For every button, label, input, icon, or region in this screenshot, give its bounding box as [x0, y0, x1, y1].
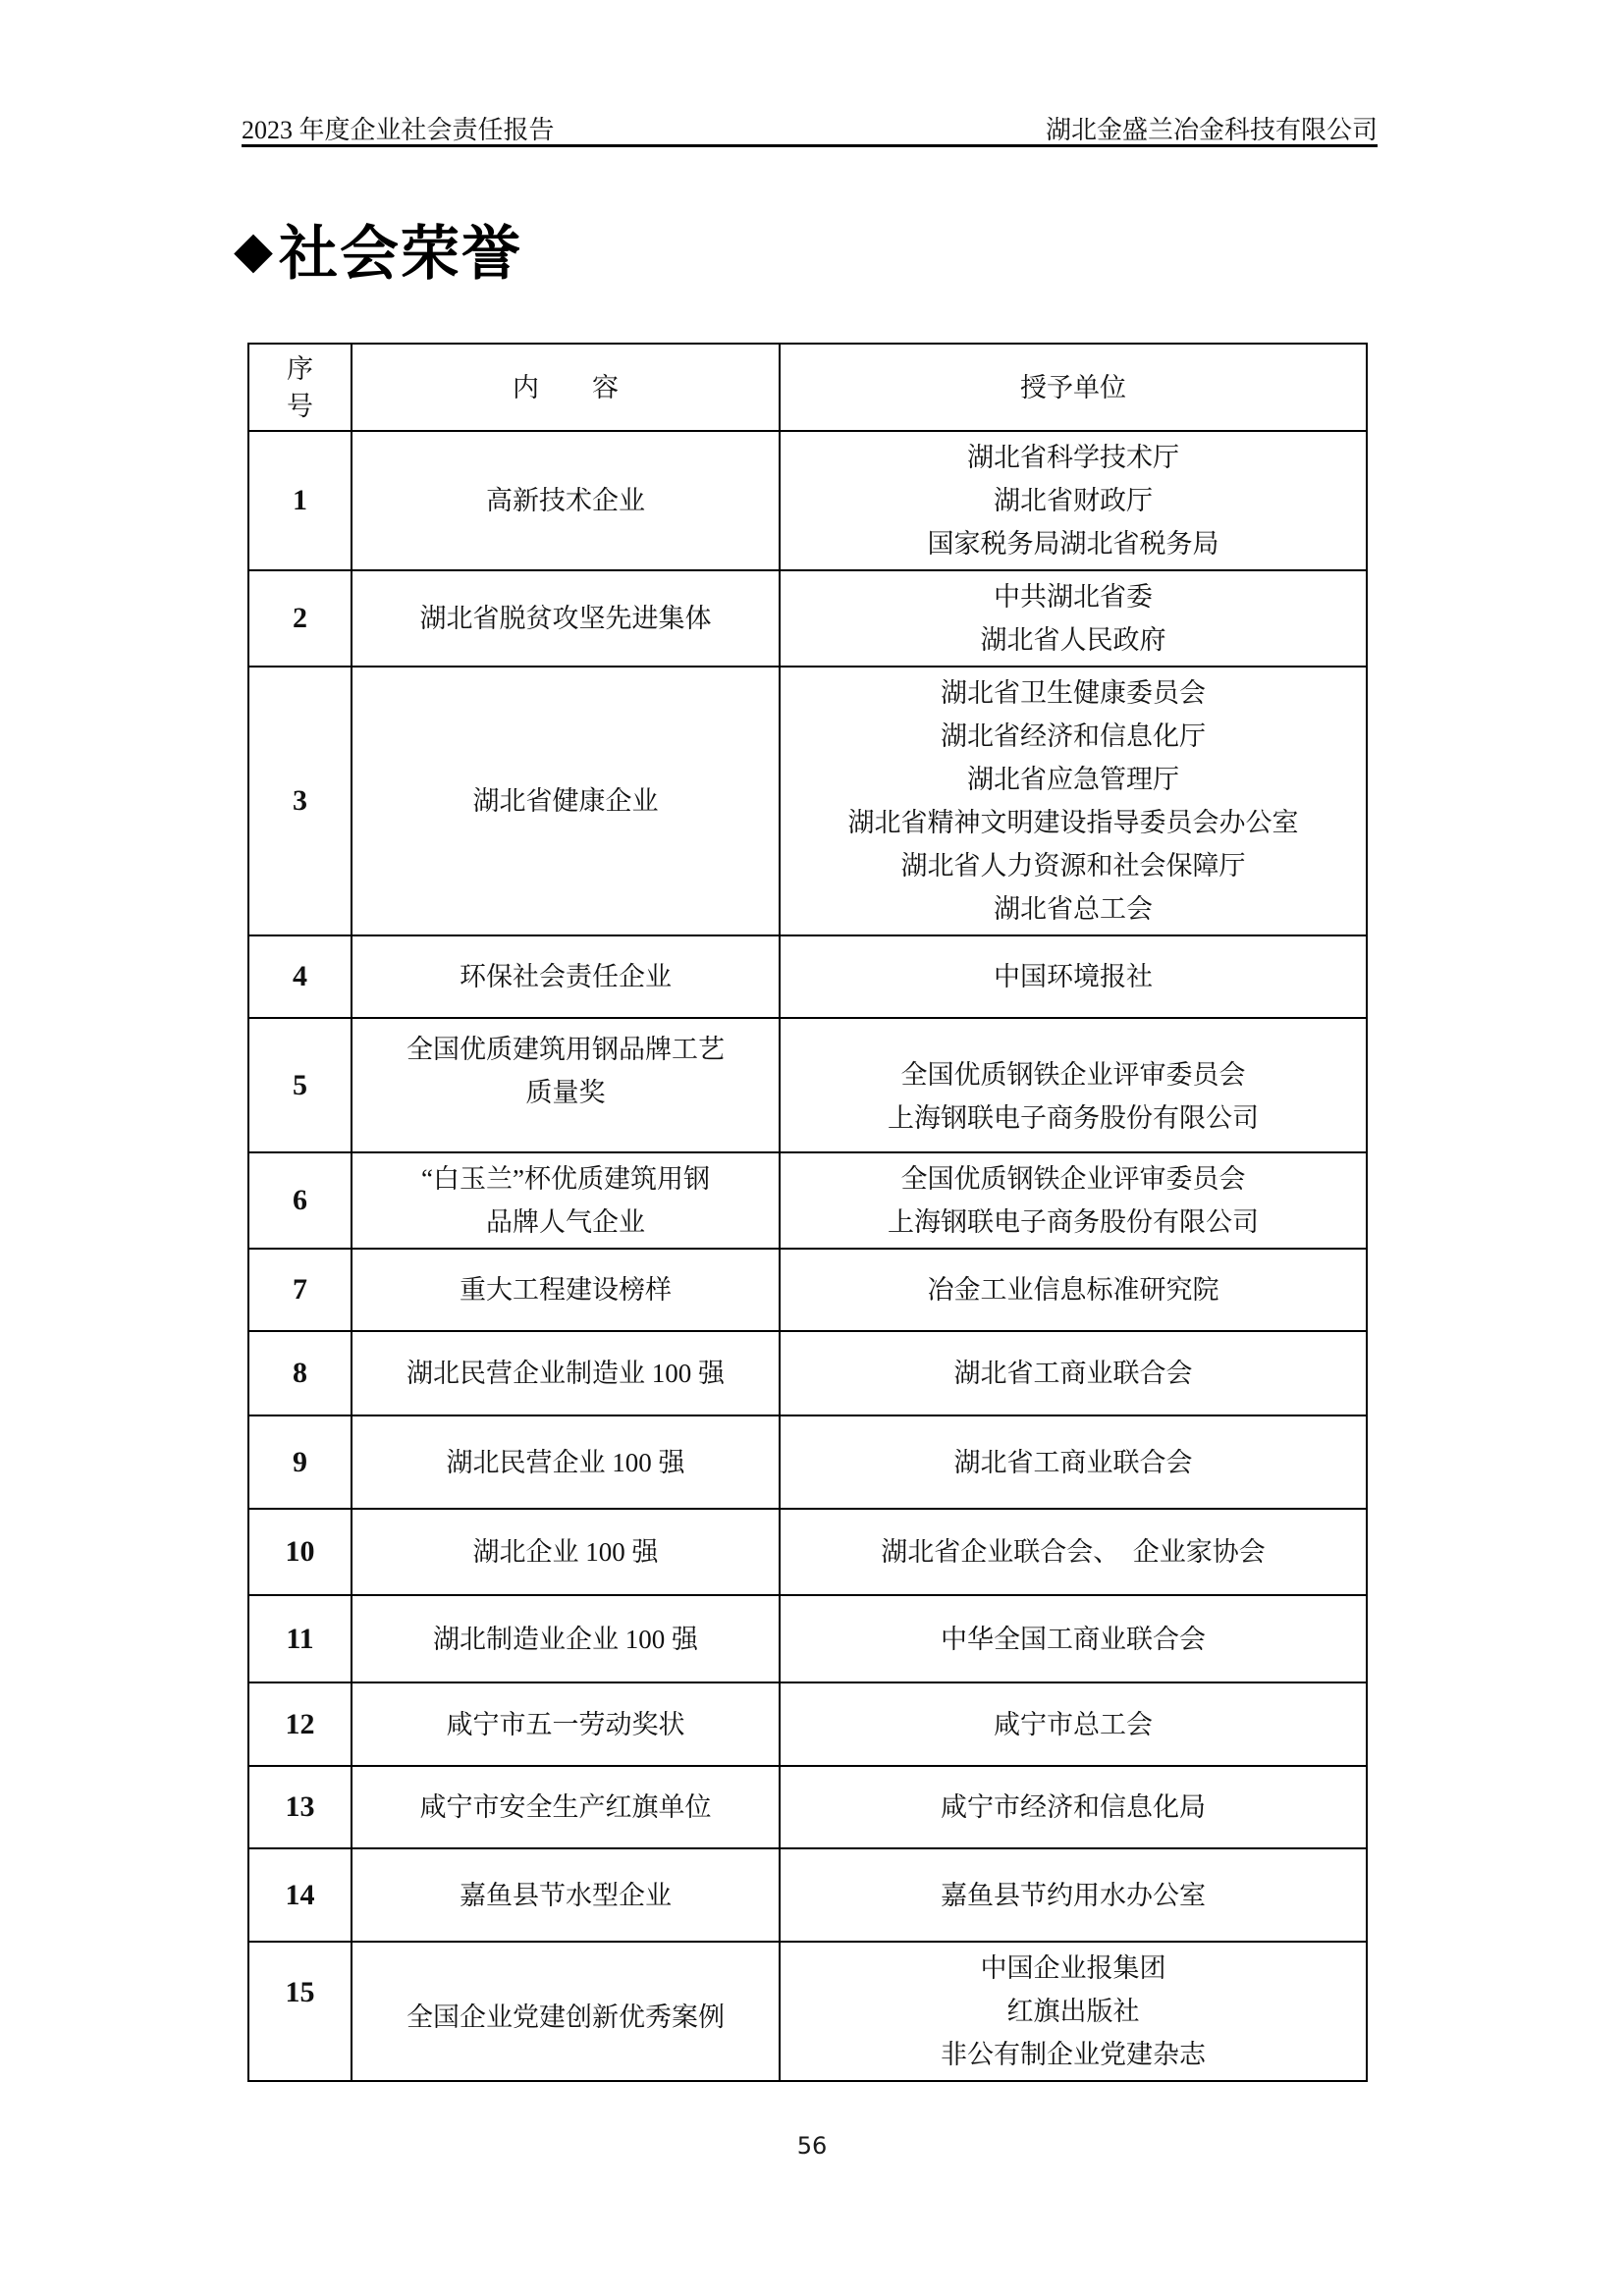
row-index-cell: 1: [249, 432, 352, 569]
row-index-cell: 9: [249, 1416, 352, 1508]
row-units-cell: 嘉鱼县节约用水办公室: [781, 1849, 1366, 1941]
text-line: 湖北省工商业联合会: [954, 1352, 1193, 1395]
row-content-cell: 嘉鱼县节水型企业: [352, 1849, 781, 1941]
row-units-cell: 中国环境报社: [781, 936, 1366, 1017]
row-content-cell: 高新技术企业: [352, 432, 781, 569]
row-index-cell: 2: [249, 571, 352, 666]
text-line: 12: [286, 1708, 315, 1741]
text-line: 10: [286, 1535, 315, 1569]
row-units-cell: 湖北省企业联合会、 企业家协会: [781, 1510, 1366, 1594]
table-row: 4环保社会责任企业中国环境报社: [249, 934, 1366, 1017]
table-row: 2湖北省脱贫攻坚先进集体中共湖北省委湖北省人民政府: [249, 569, 1366, 666]
running-header-left: 2023 年度企业社会责任报告: [242, 116, 555, 145]
text-line: 咸宁市总工会: [994, 1703, 1153, 1746]
row-units-cell: 中国企业报集团红旗出版社非公有制企业党建杂志: [781, 1943, 1366, 2080]
row-index-cell: 3: [249, 667, 352, 934]
row-units-cell: 湖北省工商业联合会: [781, 1332, 1366, 1415]
table-row: 10湖北企业 100 强湖北省企业联合会、 企业家协会: [249, 1508, 1366, 1594]
text-line: 9: [293, 1446, 307, 1479]
table-row: 8湖北民营企业制造业 100 强湖北省工商业联合会: [249, 1330, 1366, 1415]
header-rule: [242, 144, 1378, 147]
text-line: 中华全国工商业联合会: [941, 1618, 1206, 1661]
row-units-cell: 湖北省工商业联合会: [781, 1416, 1366, 1508]
text-line: 13: [286, 1790, 315, 1824]
diamond-icon: ◆: [234, 220, 273, 280]
text-line: 湖北民营企业 100 强: [447, 1441, 685, 1484]
text-line: 咸宁市五一劳动奖状: [447, 1703, 685, 1746]
row-units-cell: 中华全国工商业联合会: [781, 1596, 1366, 1682]
text-line: 品牌人气企业: [486, 1201, 645, 1244]
text-line: 湖北省卫生健康委员会: [941, 671, 1206, 715]
text-line: 上海钢联电子商务股份有限公司: [888, 1201, 1259, 1244]
text-line: 中共湖北省委: [994, 575, 1153, 618]
table-row: 1高新技术企业湖北省科学技术厅湖北省财政厅国家税务局湖北省税务局: [249, 430, 1366, 569]
text-line: 6: [293, 1184, 307, 1217]
row-content-cell: “白玉兰”杯优质建筑用钢品牌人气企业: [352, 1153, 781, 1248]
row-units-cell: 咸宁市总工会: [781, 1683, 1366, 1765]
text-line: 全国优质钢铁企业评审委员会: [901, 1157, 1246, 1201]
column-header-content: 内 容: [352, 345, 781, 430]
row-index-cell: 13: [249, 1767, 352, 1847]
text-line: 嘉鱼县节约用水办公室: [941, 1874, 1206, 1917]
page-number: 56: [0, 2132, 1624, 2160]
row-content-cell: 湖北省健康企业: [352, 667, 781, 934]
row-content-cell: 湖北省脱贫攻坚先进集体: [352, 571, 781, 666]
table-row: 12咸宁市五一劳动奖状咸宁市总工会: [249, 1682, 1366, 1765]
text-line: 湖北省财政厅: [994, 479, 1153, 522]
text-line: 湖北省精神文明建设指导委员会办公室: [848, 801, 1299, 844]
text-line: 湖北省健康企业: [473, 779, 659, 823]
row-content-cell: 湖北民营企业 100 强: [352, 1416, 781, 1508]
text-line: 14: [286, 1879, 315, 1912]
table-row: 5全国优质建筑用钢品牌工艺质量奖全国优质钢铁企业评审委员会上海钢联电子商务股份有…: [249, 1017, 1366, 1151]
text-line: 非公有制企业党建杂志: [941, 2033, 1206, 2076]
table-row: 15全国企业党建创新优秀案例中国企业报集团红旗出版社非公有制企业党建杂志: [249, 1941, 1366, 2080]
row-content-cell: 湖北制造业企业 100 强: [352, 1596, 781, 1682]
text-line: 湖北省脱贫攻坚先进集体: [420, 597, 712, 640]
row-units-cell: 湖北省卫生健康委员会湖北省经济和信息化厅湖北省应急管理厅湖北省精神文明建设指导委…: [781, 667, 1366, 934]
table-row: 9湖北民营企业 100 强湖北省工商业联合会: [249, 1415, 1366, 1508]
text-line: 重大工程建设榜样: [460, 1268, 672, 1311]
text-line: 中国企业报集团: [981, 1947, 1166, 1990]
text-line: “白玉兰”杯优质建筑用钢: [421, 1157, 710, 1201]
text-line: 5: [293, 1069, 307, 1102]
text-line: 湖北省企业联合会、 企业家协会: [881, 1530, 1266, 1574]
text-line: 高新技术企业: [486, 479, 645, 522]
row-index-cell: 11: [249, 1596, 352, 1682]
text-line: 湖北省总工会: [994, 887, 1153, 931]
text-line: 全国优质钢铁企业评审委员会: [901, 1053, 1246, 1096]
row-index-cell: 12: [249, 1683, 352, 1765]
text-line: 湖北省应急管理厅: [967, 758, 1179, 801]
row-index-cell: 10: [249, 1510, 352, 1594]
text-line: 3: [293, 784, 307, 818]
row-index-cell: 15: [249, 1943, 352, 2080]
page-title-text: 社会荣誉: [279, 207, 522, 292]
row-content-cell: 咸宁市五一劳动奖状: [352, 1683, 781, 1765]
text-line: 7: [293, 1273, 307, 1307]
text-line: 湖北民营企业制造业 100 强: [406, 1352, 725, 1395]
text-line: 湖北省科学技术厅: [967, 436, 1179, 479]
text-line: 湖北省人民政府: [981, 618, 1166, 662]
row-units-cell: 中共湖北省委湖北省人民政府: [781, 571, 1366, 666]
table-row: 13咸宁市安全生产红旗单位咸宁市经济和信息化局: [249, 1765, 1366, 1847]
row-units-cell: 全国优质钢铁企业评审委员会上海钢联电子商务股份有限公司: [781, 1019, 1366, 1151]
running-header-right: 湖北金盛兰冶金科技有限公司: [1046, 116, 1378, 145]
row-units-cell: 冶金工业信息标准研究院: [781, 1250, 1366, 1330]
text-line: 8: [293, 1357, 307, 1390]
row-content-cell: 全国企业党建创新优秀案例: [352, 1943, 781, 2080]
row-units-cell: 全国优质钢铁企业评审委员会上海钢联电子商务股份有限公司: [781, 1153, 1366, 1248]
row-index-cell: 7: [249, 1250, 352, 1330]
text-line: 冶金工业信息标准研究院: [928, 1268, 1219, 1311]
table-row: 11湖北制造业企业 100 强中华全国工商业联合会: [249, 1594, 1366, 1682]
text-line: 全国优质建筑用钢品牌工艺: [406, 1028, 725, 1071]
row-index-cell: 4: [249, 936, 352, 1017]
row-index-cell: 6: [249, 1153, 352, 1248]
table-row: 6“白玉兰”杯优质建筑用钢品牌人气企业全国优质钢铁企业评审委员会上海钢联电子商务…: [249, 1151, 1366, 1248]
text-line: 1: [293, 484, 307, 517]
table-row: 3湖北省健康企业湖北省卫生健康委员会湖北省经济和信息化厅湖北省应急管理厅湖北省精…: [249, 666, 1366, 934]
running-header: 2023 年度企业社会责任报告 湖北金盛兰冶金科技有限公司: [242, 110, 1378, 145]
row-content-cell: 湖北企业 100 强: [352, 1510, 781, 1594]
table-row: 14嘉鱼县节水型企业嘉鱼县节约用水办公室: [249, 1847, 1366, 1941]
table-header-row: 序号 内 容 授予单位: [249, 345, 1366, 430]
text-line: 咸宁市经济和信息化局: [941, 1786, 1206, 1829]
text-line: 4: [293, 960, 307, 993]
column-header-index: 序号: [249, 345, 352, 430]
text-line: 上海钢联电子商务股份有限公司: [888, 1096, 1259, 1140]
row-index-cell: 5: [249, 1019, 352, 1151]
text-line: 湖北省工商业联合会: [954, 1441, 1193, 1484]
text-line: 咸宁市安全生产红旗单位: [420, 1786, 712, 1829]
row-content-cell: 湖北民营企业制造业 100 强: [352, 1332, 781, 1415]
honors-table: 序号 内 容 授予单位 1高新技术企业湖北省科学技术厅湖北省财政厅国家税务局湖北…: [247, 343, 1368, 2082]
text-line: 11: [286, 1623, 313, 1656]
row-content-cell: 全国优质建筑用钢品牌工艺质量奖: [352, 1019, 781, 1151]
text-line: 湖北制造业企业 100 强: [433, 1618, 698, 1661]
row-content-cell: 咸宁市安全生产红旗单位: [352, 1767, 781, 1847]
text-line: 湖北企业 100 强: [473, 1530, 659, 1574]
text-line: 湖北省人力资源和社会保障厅: [901, 844, 1246, 887]
row-content-cell: 重大工程建设榜样: [352, 1250, 781, 1330]
row-index-cell: 8: [249, 1332, 352, 1415]
row-index-cell: 14: [249, 1849, 352, 1941]
text-line: 红旗出版社: [1007, 1990, 1140, 2033]
text-line: 国家税务局湖北省税务局: [928, 522, 1219, 565]
table-row: 7重大工程建设榜样冶金工业信息标准研究院: [249, 1248, 1366, 1330]
text-line: 2: [293, 602, 307, 635]
row-content-cell: 环保社会责任企业: [352, 936, 781, 1017]
text-line: 全国企业党建创新优秀案例: [406, 1996, 725, 2039]
page-title: ◆ 社会荣誉: [234, 208, 522, 291]
text-line: 环保社会责任企业: [460, 955, 672, 998]
table-body: 1高新技术企业湖北省科学技术厅湖北省财政厅国家税务局湖北省税务局2湖北省脱贫攻坚…: [249, 430, 1366, 2080]
row-units-cell: 湖北省科学技术厅湖北省财政厅国家税务局湖北省税务局: [781, 432, 1366, 569]
text-line: 质量奖: [526, 1071, 606, 1114]
text-line: 湖北省经济和信息化厅: [941, 715, 1206, 758]
row-units-cell: 咸宁市经济和信息化局: [781, 1767, 1366, 1847]
text-line: 中国环境报社: [994, 955, 1153, 998]
text-line: 嘉鱼县节水型企业: [460, 1874, 672, 1917]
report-page: 2023 年度企业社会责任报告 湖北金盛兰冶金科技有限公司 ◆ 社会荣誉 序号 …: [0, 0, 1624, 2296]
text-line: 15: [286, 1976, 315, 2009]
column-header-unit: 授予单位: [781, 345, 1366, 430]
